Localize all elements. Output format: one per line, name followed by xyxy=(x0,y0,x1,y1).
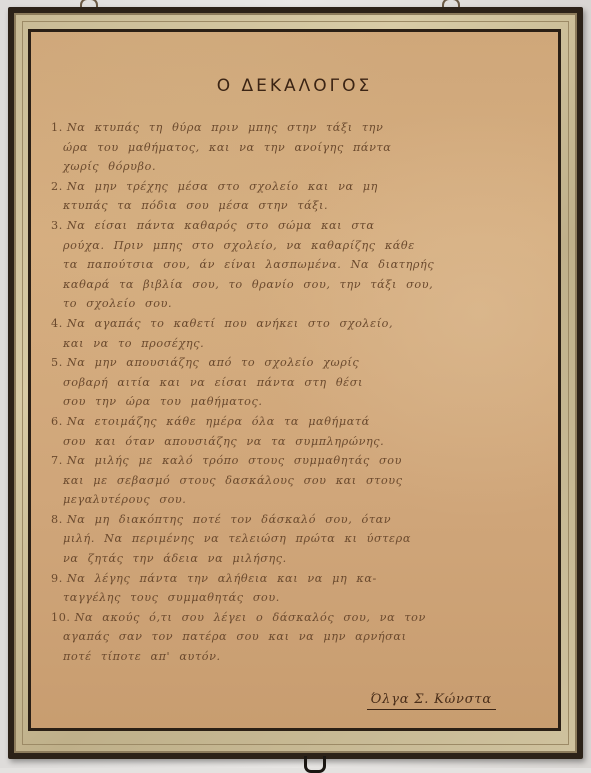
rule-text: σου την ώρα του μαθήματος. xyxy=(51,392,544,412)
rule-text: Να ετοιμάζης κάθε ημέρα όλα τα μαθήματά xyxy=(67,415,370,428)
rule-number: 9. xyxy=(51,572,63,585)
rule-text: να ζητάς την άδεια να μιλήσης. xyxy=(51,549,544,569)
rule-text: Να μη διακόπτης ποτέ τον δάσκαλό σου, ότ… xyxy=(67,513,391,526)
rule-number: 10. xyxy=(51,611,71,624)
rule-5: 5.Να μην απουσιάζης από το σχολείο χωρίς… xyxy=(51,353,544,412)
rule-text: Να λέγης πάντα την αλήθεια και να μη κα- xyxy=(67,572,377,585)
rule-3: 3.Να είσαι πάντα καθαρός στο σώμα και στ… xyxy=(51,216,544,314)
rule-8: 8.Να μη διακόπτης ποτέ τον δάσκαλό σου, … xyxy=(51,510,544,569)
rule-number: 1. xyxy=(51,121,63,134)
rule-text: το σχολείο σου. xyxy=(51,294,544,314)
rule-number: 4. xyxy=(51,317,63,330)
frame-inner-edge: Ο ΔΕΚΑΛΟΓΟΣ 1.Να κτυπάς τη θύρα πριν μπη… xyxy=(28,29,561,731)
rule-text: σοβαρή αιτία και να είσαι πάντα στη θέσι xyxy=(51,373,544,393)
rule-text: και να το προσέχης. xyxy=(51,334,544,354)
rule-number: 2. xyxy=(51,180,63,193)
hanging-hook-bottom xyxy=(304,756,326,768)
rule-4: 4.Να αγαπάς το καθετί που ανήκει στο σχο… xyxy=(51,314,544,353)
rule-text: Να κτυπάς τη θύρα πριν μπης στην τάξι τη… xyxy=(67,121,383,134)
rule-text: αγαπάς σαν τον πατέρα σου και να μην αρν… xyxy=(51,627,544,647)
rule-text: ποτέ τίποτε απ' αυτόν. xyxy=(51,647,544,667)
rule-number: 5. xyxy=(51,356,63,369)
rule-6: 6.Να ετοιμάζης κάθε ημέρα όλα τα μαθήματ… xyxy=(51,412,544,451)
handwritten-document: Ο ΔΕΚΑΛΟΓΟΣ 1.Να κτυπάς τη θύρα πριν μπη… xyxy=(31,32,558,728)
rule-text: και με σεβασμό στους δασκάλους σου και σ… xyxy=(51,471,544,491)
rule-text: μεγαλυτέρους σου. xyxy=(51,490,544,510)
rule-text: Να αγαπάς το καθετί που ανήκει στο σχολε… xyxy=(67,317,393,330)
document-title: Ο ΔΕΚΑΛΟΓΟΣ xyxy=(31,76,558,96)
rule-9: 9.Να λέγης πάντα την αλήθεια και να μη κ… xyxy=(51,569,544,608)
rule-number: 3. xyxy=(51,219,63,232)
rule-text: Να ακούς ό,τι σου λέγει ο δάσκαλός σου, … xyxy=(75,611,426,624)
rule-7: 7.Να μιλής με καλό τρόπο στους συμμαθητά… xyxy=(51,451,544,510)
rule-text: ταγγέλης τους συμμαθητάς σου. xyxy=(51,588,544,608)
rule-number: 6. xyxy=(51,415,63,428)
rules-list: 1.Να κτυπάς τη θύρα πριν μπης στην τάξι … xyxy=(51,118,544,667)
wall-background: Ο ΔΕΚΑΛΟΓΟΣ 1.Να κτυπάς τη θύρα πριν μπη… xyxy=(0,0,591,768)
rule-text: ώρα του μαθήματος, και να την ανοίγης πά… xyxy=(51,138,544,158)
rule-10: 10.Να ακούς ό,τι σου λέγει ο δάσκαλός σο… xyxy=(51,608,544,667)
rule-text: χωρίς θόρυβο. xyxy=(51,157,544,177)
rule-text: καθαρά τα βιβλία σου, το θρανίο σου, την… xyxy=(51,275,544,295)
rule-text: μιλή. Να περιμένης να τελειώση πρώτα κι … xyxy=(51,529,544,549)
signature: Όλγα Σ. Κώνστα xyxy=(367,692,497,710)
rule-1: 1.Να κτυπάς τη θύρα πριν μπης στην τάξι … xyxy=(51,118,544,177)
rule-text: ρούχα. Πριν μπης στο σχολείο, να καθαρίζ… xyxy=(51,236,544,256)
rule-text: Να μην απουσιάζης από το σχολείο χωρίς xyxy=(67,356,359,369)
rule-text: σου και όταν απουσιάζης να τα συμπληρώνη… xyxy=(51,432,544,452)
rule-number: 7. xyxy=(51,454,63,467)
rule-text: κτυπάς τα πόδια σου μέσα στην τάξι. xyxy=(51,196,544,216)
rule-number: 8. xyxy=(51,513,63,526)
rule-text: Να μιλής με καλό τρόπο στους συμμαθητάς … xyxy=(67,454,402,467)
rule-text: τα παπούτσια σου, άν είναι λασπωμένα. Να… xyxy=(51,255,544,275)
rule-2: 2.Να μην τρέχης μέσα στο σχολείο και να … xyxy=(51,177,544,216)
rule-text: Να μην τρέχης μέσα στο σχολείο και να μη xyxy=(67,180,378,193)
rule-text: Να είσαι πάντα καθαρός στο σώμα και στα xyxy=(67,219,375,232)
picture-frame: Ο ΔΕΚΑΛΟΓΟΣ 1.Να κτυπάς τη θύρα πριν μπη… xyxy=(8,7,583,759)
